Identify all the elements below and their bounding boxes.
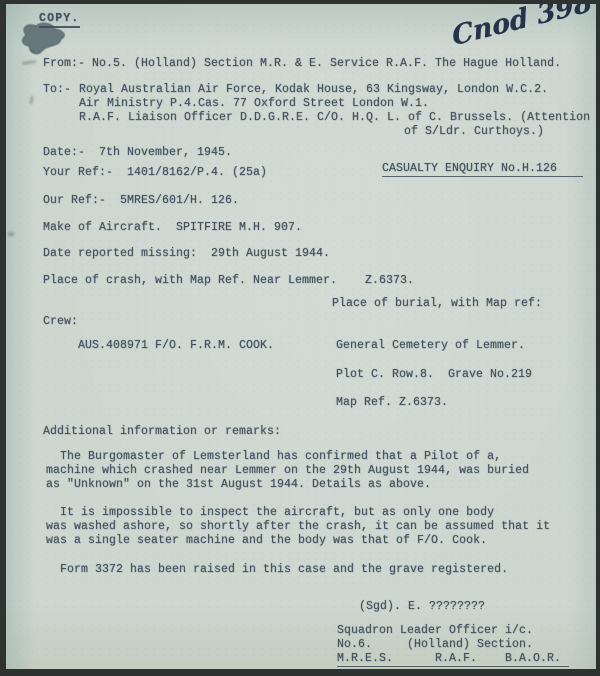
burial-line-2: Plot C. Row.8. Grave No.219 xyxy=(336,368,532,381)
from-line: From:- No.5. (Holland) Section M.R. & E.… xyxy=(43,57,561,70)
burial-line-1: General Cemetery of Lemmer. xyxy=(336,339,525,352)
to-label: To:- xyxy=(43,83,71,96)
paragraph1-line2: machine which crashed near Lemmer on the… xyxy=(46,464,529,477)
signoff-line-1: Squadron Leader Officer i/c. xyxy=(337,624,533,637)
smudge-mark xyxy=(8,232,14,236)
copy-label: COPY. xyxy=(39,12,80,28)
form-line: Form 3372 has been raised in this case a… xyxy=(46,563,508,576)
to-recipient-2: Air Ministry P.4.Cas. 77 Oxford Street L… xyxy=(79,97,429,110)
paragraph2-line2: was washed ashore, so shortly after the … xyxy=(46,520,550,533)
missing-line: Date reported missing: 29th August 1944. xyxy=(43,247,330,260)
to-recipient-1: Royal Australian Air Force, Kodak House,… xyxy=(79,83,548,96)
casualty-enquiry-ref: CASUALTY ENQUIRY No.H.126 xyxy=(382,162,583,177)
date-line: Date:- 7th November, 1945. xyxy=(43,146,232,159)
our-ref-line: Our Ref:- 5MRES/601/H. 126. xyxy=(43,194,239,207)
smudge-mark xyxy=(22,60,36,65)
remarks-header: Additional information or remarks: xyxy=(43,425,281,438)
signed-line: (Sgd). E. ???????? xyxy=(359,600,485,613)
paragraph2-line3: was a single seater machine and the body… xyxy=(46,534,487,547)
handwritten-annotation: Cnod 398 xyxy=(450,0,600,52)
crash-line: Place of crash, with Map Ref. Near Lemme… xyxy=(43,274,414,287)
paragraph1-line1: The Burgomaster of Lemsterland has confi… xyxy=(46,450,501,463)
signoff-line-2: No.6. (Holland) Section. xyxy=(337,638,533,651)
crew-label: Crew: xyxy=(43,315,78,328)
aircraft-line: Make of Aircraft. SPITFIRE M.H. 907. xyxy=(43,221,302,234)
crew-member: AUS.408971 F/O. F.R.M. COOK. xyxy=(78,339,274,352)
burial-header: Place of burial, with Map ref: xyxy=(332,297,542,310)
smudge-mark xyxy=(29,96,34,104)
to-recipient-3: R.A.F. Liaison Officer D.D.G.R.E. C/O. H… xyxy=(79,111,590,124)
signoff-line-3: M.R.E.S. R.A.F. B.A.O.R. xyxy=(337,652,569,667)
paragraph2-line1: It is impossible to inspect the aircraft… xyxy=(46,506,494,519)
document-scan: COPY. Cnod 398 From:- No.5. (Holland) Se… xyxy=(0,0,600,676)
paragraph1-line3: as "Unknown" on the 31st August 1944. De… xyxy=(46,478,431,491)
your-ref-line: Your Ref:- 1401/8162/P.4. (25a) xyxy=(43,166,267,179)
to-recipient-attention: of S/Ldr. Curthoys.) xyxy=(404,125,544,138)
burial-line-3: Map Ref. Z.6373. xyxy=(336,396,448,409)
